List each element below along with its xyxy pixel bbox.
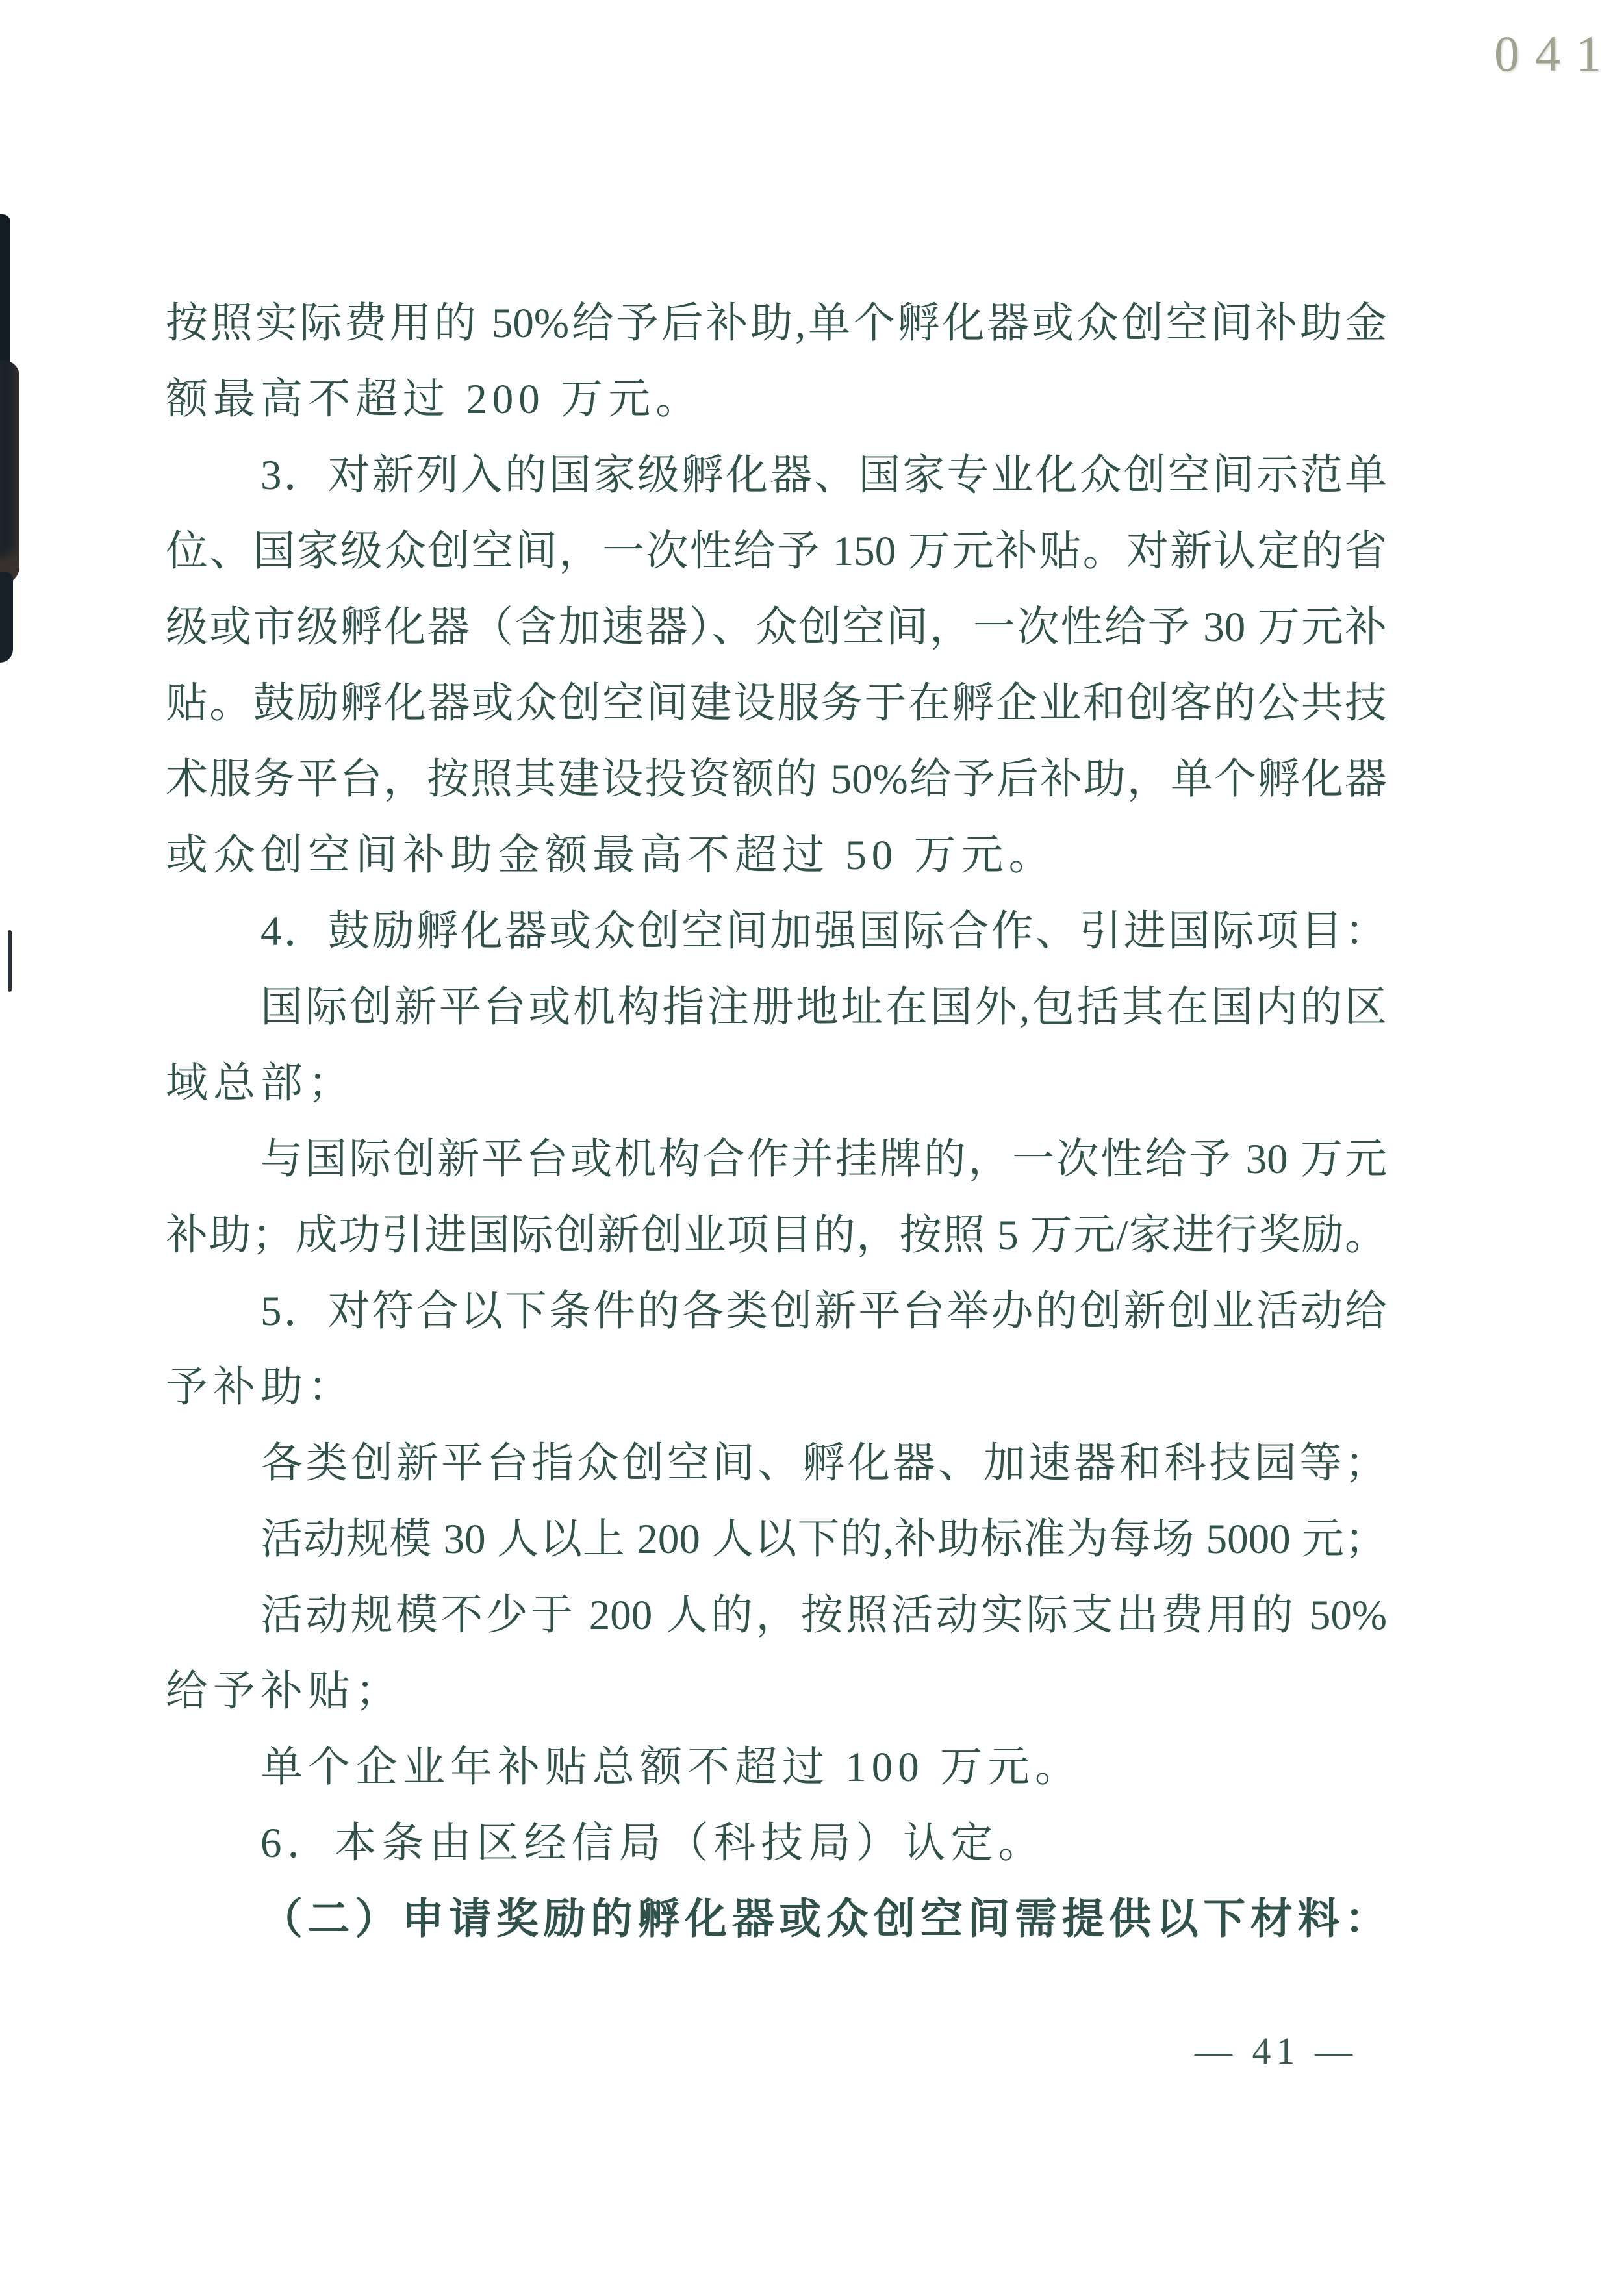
- text-line: 级或市级孵化器（含加速器）、众创空间，一次性给予 30 万元补: [166, 590, 1387, 666]
- text-line: 6．本条由区经信局（科技局）认定。: [166, 1806, 1387, 1882]
- text-line: 与国际创新平台或机构合作并挂牌的，一次性给予 30 万元: [166, 1122, 1387, 1198]
- text-line: 活动规模 30 人以上 200 人以下的,补助标准为每场 5000 元；: [166, 1502, 1387, 1578]
- text-line: 按照实际费用的 50%给予后补助,单个孵化器或众创空间补助金: [166, 286, 1387, 362]
- text-line: 5．对符合以下条件的各类创新平台举办的创新创业活动给: [166, 1274, 1387, 1350]
- text-line: 单个企业年补贴总额不超过 100 万元。: [166, 1730, 1387, 1806]
- document-page: 041 按照实际费用的 50%给予后补助,单个孵化器或众创空间补助金 额最高不超…: [0, 0, 1624, 2285]
- text-line: 或众创空间补助金额最高不超过 50 万元。: [166, 818, 1387, 894]
- page-number: — 41 —: [1195, 2025, 1358, 2077]
- scan-artifact-middle: [0, 360, 19, 585]
- text-line: 予补助：: [166, 1350, 1387, 1426]
- text-line: （二）申请奖励的孵化器或众创空间需提供以下材料：: [166, 1882, 1387, 1958]
- text-line: 额最高不超过 200 万元。: [166, 362, 1387, 438]
- text-line: 3．对新列入的国家级孵化器、国家专业化众创空间示范单: [166, 438, 1387, 514]
- text-line: 域总部；: [166, 1046, 1387, 1122]
- text-line: 4．鼓励孵化器或众创空间加强国际合作、引进国际项目：: [166, 894, 1387, 970]
- text-line: 活动规模不少于 200 人的，按照活动实际支出费用的 50%: [166, 1578, 1387, 1654]
- text-line: 贴。鼓励孵化器或众创空间建设服务于在孵企业和创客的公共技: [166, 666, 1387, 742]
- text-line: 术服务平台，按照其建设投资额的 50%给予后补助，单个孵化器: [166, 742, 1387, 818]
- text-line: 国际创新平台或机构指注册地址在国外,包括其在国内的区: [166, 970, 1387, 1046]
- scan-artifact-streak: [8, 930, 12, 992]
- scan-artifact-lower: [0, 572, 13, 663]
- text-line: 位、国家级众创空间，一次性给予 150 万元补贴。对新认定的省: [166, 514, 1387, 590]
- text-line: 给予补贴；: [166, 1654, 1387, 1730]
- text-line: 补助；成功引进国际创新创业项目的，按照 5 万元/家进行奖励。: [166, 1198, 1387, 1274]
- page-stamp: 041: [1494, 25, 1617, 83]
- document-body: 按照实际费用的 50%给予后补助,单个孵化器或众创空间补助金 额最高不超过 20…: [166, 286, 1387, 1958]
- text-line: 各类创新平台指众创空间、孵化器、加速器和科技园等；: [166, 1426, 1387, 1502]
